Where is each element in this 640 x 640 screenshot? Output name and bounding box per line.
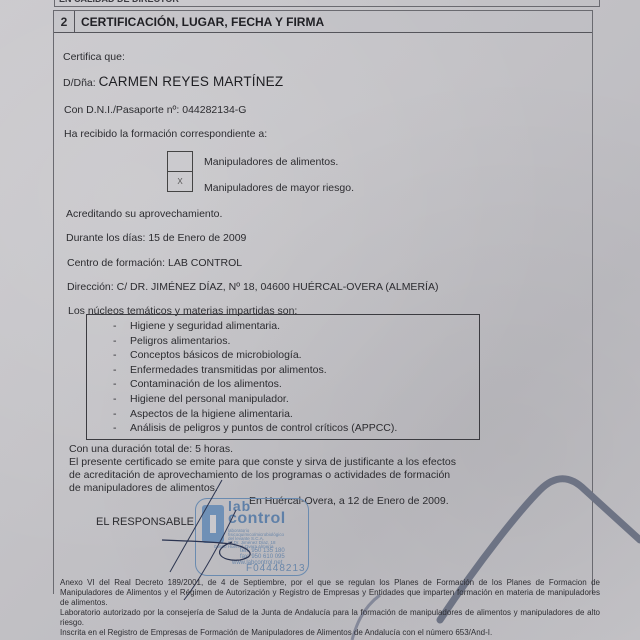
footer-registry: Inscrita en el Registro de Empresas de F… [60, 628, 600, 638]
signature-and-marks [0, 0, 640, 640]
legal-footer: Anexo VI del Real Decreto 189/2001, de 4… [60, 578, 600, 638]
footer-annex: Anexo VI del Real Decreto 189/2001, de 4… [60, 578, 600, 608]
signature-stroke [170, 480, 222, 572]
footer-authorization: Laboratorio autorizado por la consejería… [60, 608, 600, 628]
certificate-page: EN CALIDAD DE DIRECTOR 2 CERTIFICACIÓN, … [0, 0, 640, 640]
